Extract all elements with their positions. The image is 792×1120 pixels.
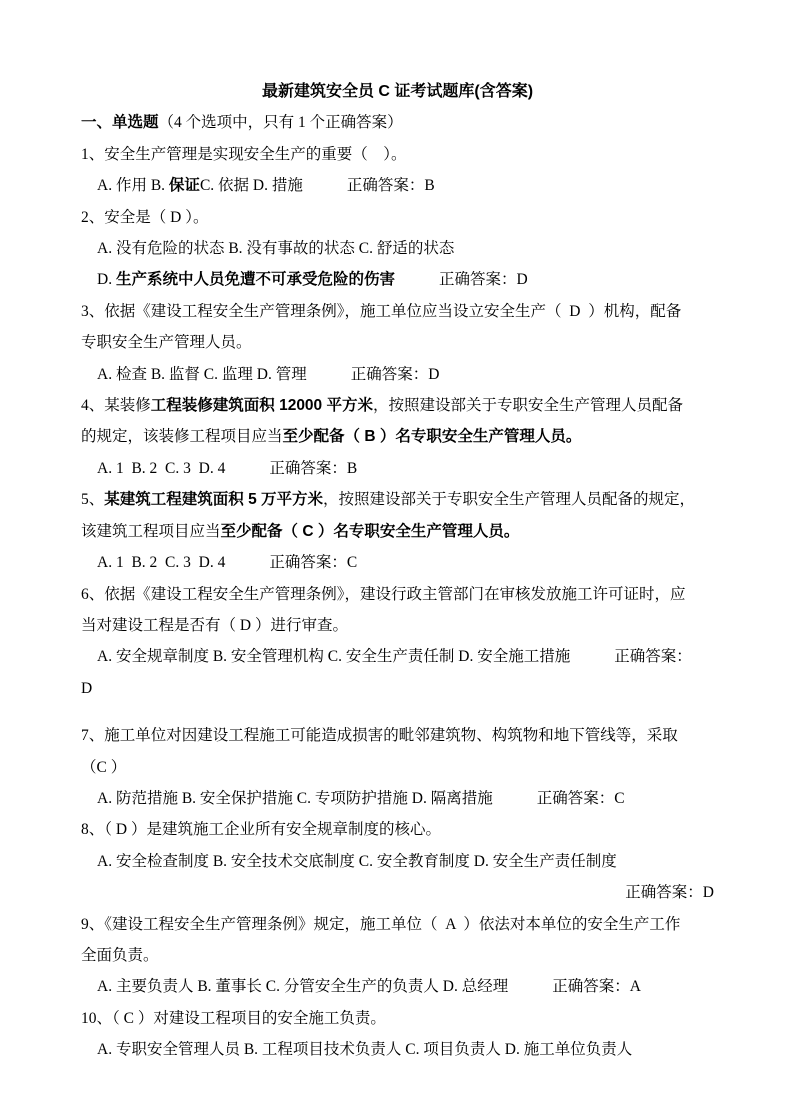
text-segment: 正确答案：C xyxy=(269,554,357,571)
doc-line: 正确答案：D xyxy=(81,877,714,908)
text-segment: 全面负责。 xyxy=(81,947,159,964)
text-segment: 4、某装修 xyxy=(81,397,151,414)
text-segment: 9、《建设工程安全生产管理条例》规定，施工单位（ A ）依法对本单位的安全生产工… xyxy=(81,916,680,933)
text-segment: 正确答案：C xyxy=(537,790,625,807)
text-segment: A. 1 B. 2 C. 3 D. 4 xyxy=(97,460,225,477)
text-segment: 保证 xyxy=(169,177,200,194)
text-segment: A. 主要负责人 B. 董事长 C. 分管安全生产的负责人 D. 总经理 xyxy=(97,978,508,995)
doc-line: 2、安全是（ D ）。 xyxy=(81,202,714,233)
text-segment: A. 专职安全管理人员 B. 工程项目技术负责人 C. 项目负责人 D. 施工单… xyxy=(97,1041,632,1058)
text-segment: A. 防范措施 B. 安全保护措施 C. 专项防护措施 D. 隔离措施 xyxy=(97,790,493,807)
doc-line: 1、安全生产管理是实现安全生产的重要（ ）。 xyxy=(81,139,714,170)
text-segment: A. 没有危险的状态 B. 没有事故的状态 C. 舒适的状态 xyxy=(97,240,454,257)
doc-line: A. 检查 B. 监督 C. 监理 D. 管理正确答案：D xyxy=(81,359,714,390)
text-segment: A. 作用 B. xyxy=(97,177,169,194)
blank-line xyxy=(81,704,714,720)
doc-line: 全面负责。 xyxy=(81,940,714,971)
text-segment: ，按照建设部关于专职安全生产管理人员配备的规定， xyxy=(323,491,695,508)
text-segment: 2、安全是（ D ）。 xyxy=(81,209,208,226)
doc-line: 该建筑工程项目应当至少配备（ C ）名专职安全生产管理人员。 xyxy=(81,516,714,547)
text-segment: D. xyxy=(97,271,116,288)
doc-line: 9、《建设工程安全生产管理条例》规定，施工单位（ A ）依法对本单位的安全生产工… xyxy=(81,909,714,940)
doc-line: A. 安全规章制度 B. 安全管理机构 C. 安全生产责任制 D. 安全施工措施… xyxy=(81,641,714,672)
text-segment: （4 个选项中，只有 1 个正确答案） xyxy=(159,114,403,131)
doc-line: 10、（ C ）对建设工程项目的安全施工负责。 xyxy=(81,1003,714,1034)
text-segment: 至少配备（ C ）名专职安全生产管理人员。 xyxy=(221,523,520,540)
text-segment: 5、 xyxy=(81,491,104,508)
doc-line: D xyxy=(81,673,714,704)
text-segment: 10、（ C ）对建设工程项目的安全施工负责。 xyxy=(81,1010,386,1027)
document-body: 一、单选题（4 个选项中，只有 1 个正确答案）1、安全生产管理是实现安全生产的… xyxy=(81,107,714,1065)
text-segment: 3、依据《建设工程安全生产管理条例》，施工单位应当设立安全生产（ D ）机构，配… xyxy=(81,303,681,320)
doc-line: 的规定，该装修工程项目应当至少配备（ B ）名专职安全生产管理人员。 xyxy=(81,421,714,452)
text-segment: ，按照建设部关于专职安全生产管理人员配备 xyxy=(373,397,683,414)
doc-line: （C ） xyxy=(81,752,714,783)
text-segment: 至少配备（ B ）名专职安全生产管理人员。 xyxy=(283,428,582,445)
text-segment: C. 依据 D. 措施 xyxy=(200,177,303,194)
text-segment: 一、单选题 xyxy=(81,114,159,131)
doc-line: A. 1 B. 2 C. 3 D. 4正确答案：B xyxy=(81,453,714,484)
doc-line: A. 主要负责人 B. 董事长 C. 分管安全生产的负责人 D. 总经理正确答案… xyxy=(81,971,714,1002)
text-segment: 生产系统中人员免遭不可承受危险的伤害 xyxy=(116,271,395,288)
text-segment: A. 检查 B. 监督 C. 监理 D. 管理 xyxy=(97,366,307,383)
text-segment: 正确答案：D xyxy=(351,366,440,383)
text-segment: A. 安全规章制度 B. 安全管理机构 C. 安全生产责任制 D. 安全施工措施 xyxy=(97,648,570,665)
doc-line: 4、某装修工程装修建筑面积 12000 平方米，按照建设部关于专职安全生产管理人… xyxy=(81,390,714,421)
doc-line: A. 作用 B. 保证C. 依据 D. 措施正确答案：B xyxy=(81,170,714,201)
text-segment: A. 1 B. 2 C. 3 D. 4 xyxy=(97,554,225,571)
text-segment: 正确答案：D xyxy=(439,271,528,288)
document-title: 最新建筑安全员 C 证考试题库(含答案) xyxy=(81,76,714,107)
doc-line: A. 1 B. 2 C. 3 D. 4正确答案：C xyxy=(81,547,714,578)
text-segment: 正确答案：B xyxy=(269,460,357,477)
doc-line: 8、（ D ）是建筑施工企业所有安全规章制度的核心。 xyxy=(81,814,714,845)
text-segment: 6、依据《建设工程安全生产管理条例》，建设行政主管部门在审核发放施工许可证时，应 xyxy=(81,586,686,603)
text-segment: 工程装修建筑面积 12000 平方米 xyxy=(151,397,373,414)
text-segment: 某建筑工程建筑面积 5 万平方米 xyxy=(104,491,323,508)
doc-line: A. 安全检查制度 B. 安全技术交底制度 C. 安全教育制度 D. 安全生产责… xyxy=(81,846,714,877)
doc-line: A. 没有危险的状态 B. 没有事故的状态 C. 舒适的状态 xyxy=(81,233,714,264)
doc-line: D. 生产系统中人员免遭不可承受危险的伤害正确答案：D xyxy=(81,264,714,295)
doc-line: A. 防范措施 B. 安全保护措施 C. 专项防护措施 D. 隔离措施正确答案：… xyxy=(81,783,714,814)
text-segment: 正确答案： xyxy=(614,648,692,665)
text-segment: 专职安全生产管理人员。 xyxy=(81,334,252,351)
text-segment: 7、施工单位对因建设工程施工可能造成损害的毗邻建筑物、构筑物和地下管线等，采取 xyxy=(81,727,678,744)
text-segment: （C ） xyxy=(81,759,126,776)
text-segment: 当对建设工程是否有（ D ）进行审查。 xyxy=(81,617,348,634)
text-segment: 1、安全生产管理是实现安全生产的重要（ ）。 xyxy=(81,146,407,163)
text-segment: D xyxy=(81,680,92,697)
text-segment: 正确答案：A xyxy=(552,978,641,995)
doc-line: 当对建设工程是否有（ D ）进行审查。 xyxy=(81,610,714,641)
doc-line: 专职安全生产管理人员。 xyxy=(81,327,714,358)
text-segment: 正确答案：B xyxy=(347,177,435,194)
doc-line: 一、单选题（4 个选项中，只有 1 个正确答案） xyxy=(81,107,714,138)
text-segment: 的规定，该装修工程项目应当 xyxy=(81,428,283,445)
doc-line: 7、施工单位对因建设工程施工可能造成损害的毗邻建筑物、构筑物和地下管线等，采取 xyxy=(81,720,714,751)
text-segment: A. 安全检查制度 B. 安全技术交底制度 C. 安全教育制度 D. 安全生产责… xyxy=(97,853,617,870)
doc-line: 5、某建筑工程建筑面积 5 万平方米，按照建设部关于专职安全生产管理人员配备的规… xyxy=(81,484,714,515)
text-segment: 正确答案：D xyxy=(625,884,714,901)
document-page: 最新建筑安全员 C 证考试题库(含答案) 一、单选题（4 个选项中，只有 1 个… xyxy=(0,0,792,1120)
text-segment: 8、（ D ）是建筑施工企业所有安全规章制度的核心。 xyxy=(81,821,441,838)
doc-line: A. 专职安全管理人员 B. 工程项目技术负责人 C. 项目负责人 D. 施工单… xyxy=(81,1034,714,1065)
doc-line: 3、依据《建设工程安全生产管理条例》，施工单位应当设立安全生产（ D ）机构，配… xyxy=(81,296,714,327)
text-segment: 该建筑工程项目应当 xyxy=(81,523,221,540)
doc-line: 6、依据《建设工程安全生产管理条例》，建设行政主管部门在审核发放施工许可证时，应 xyxy=(81,579,714,610)
